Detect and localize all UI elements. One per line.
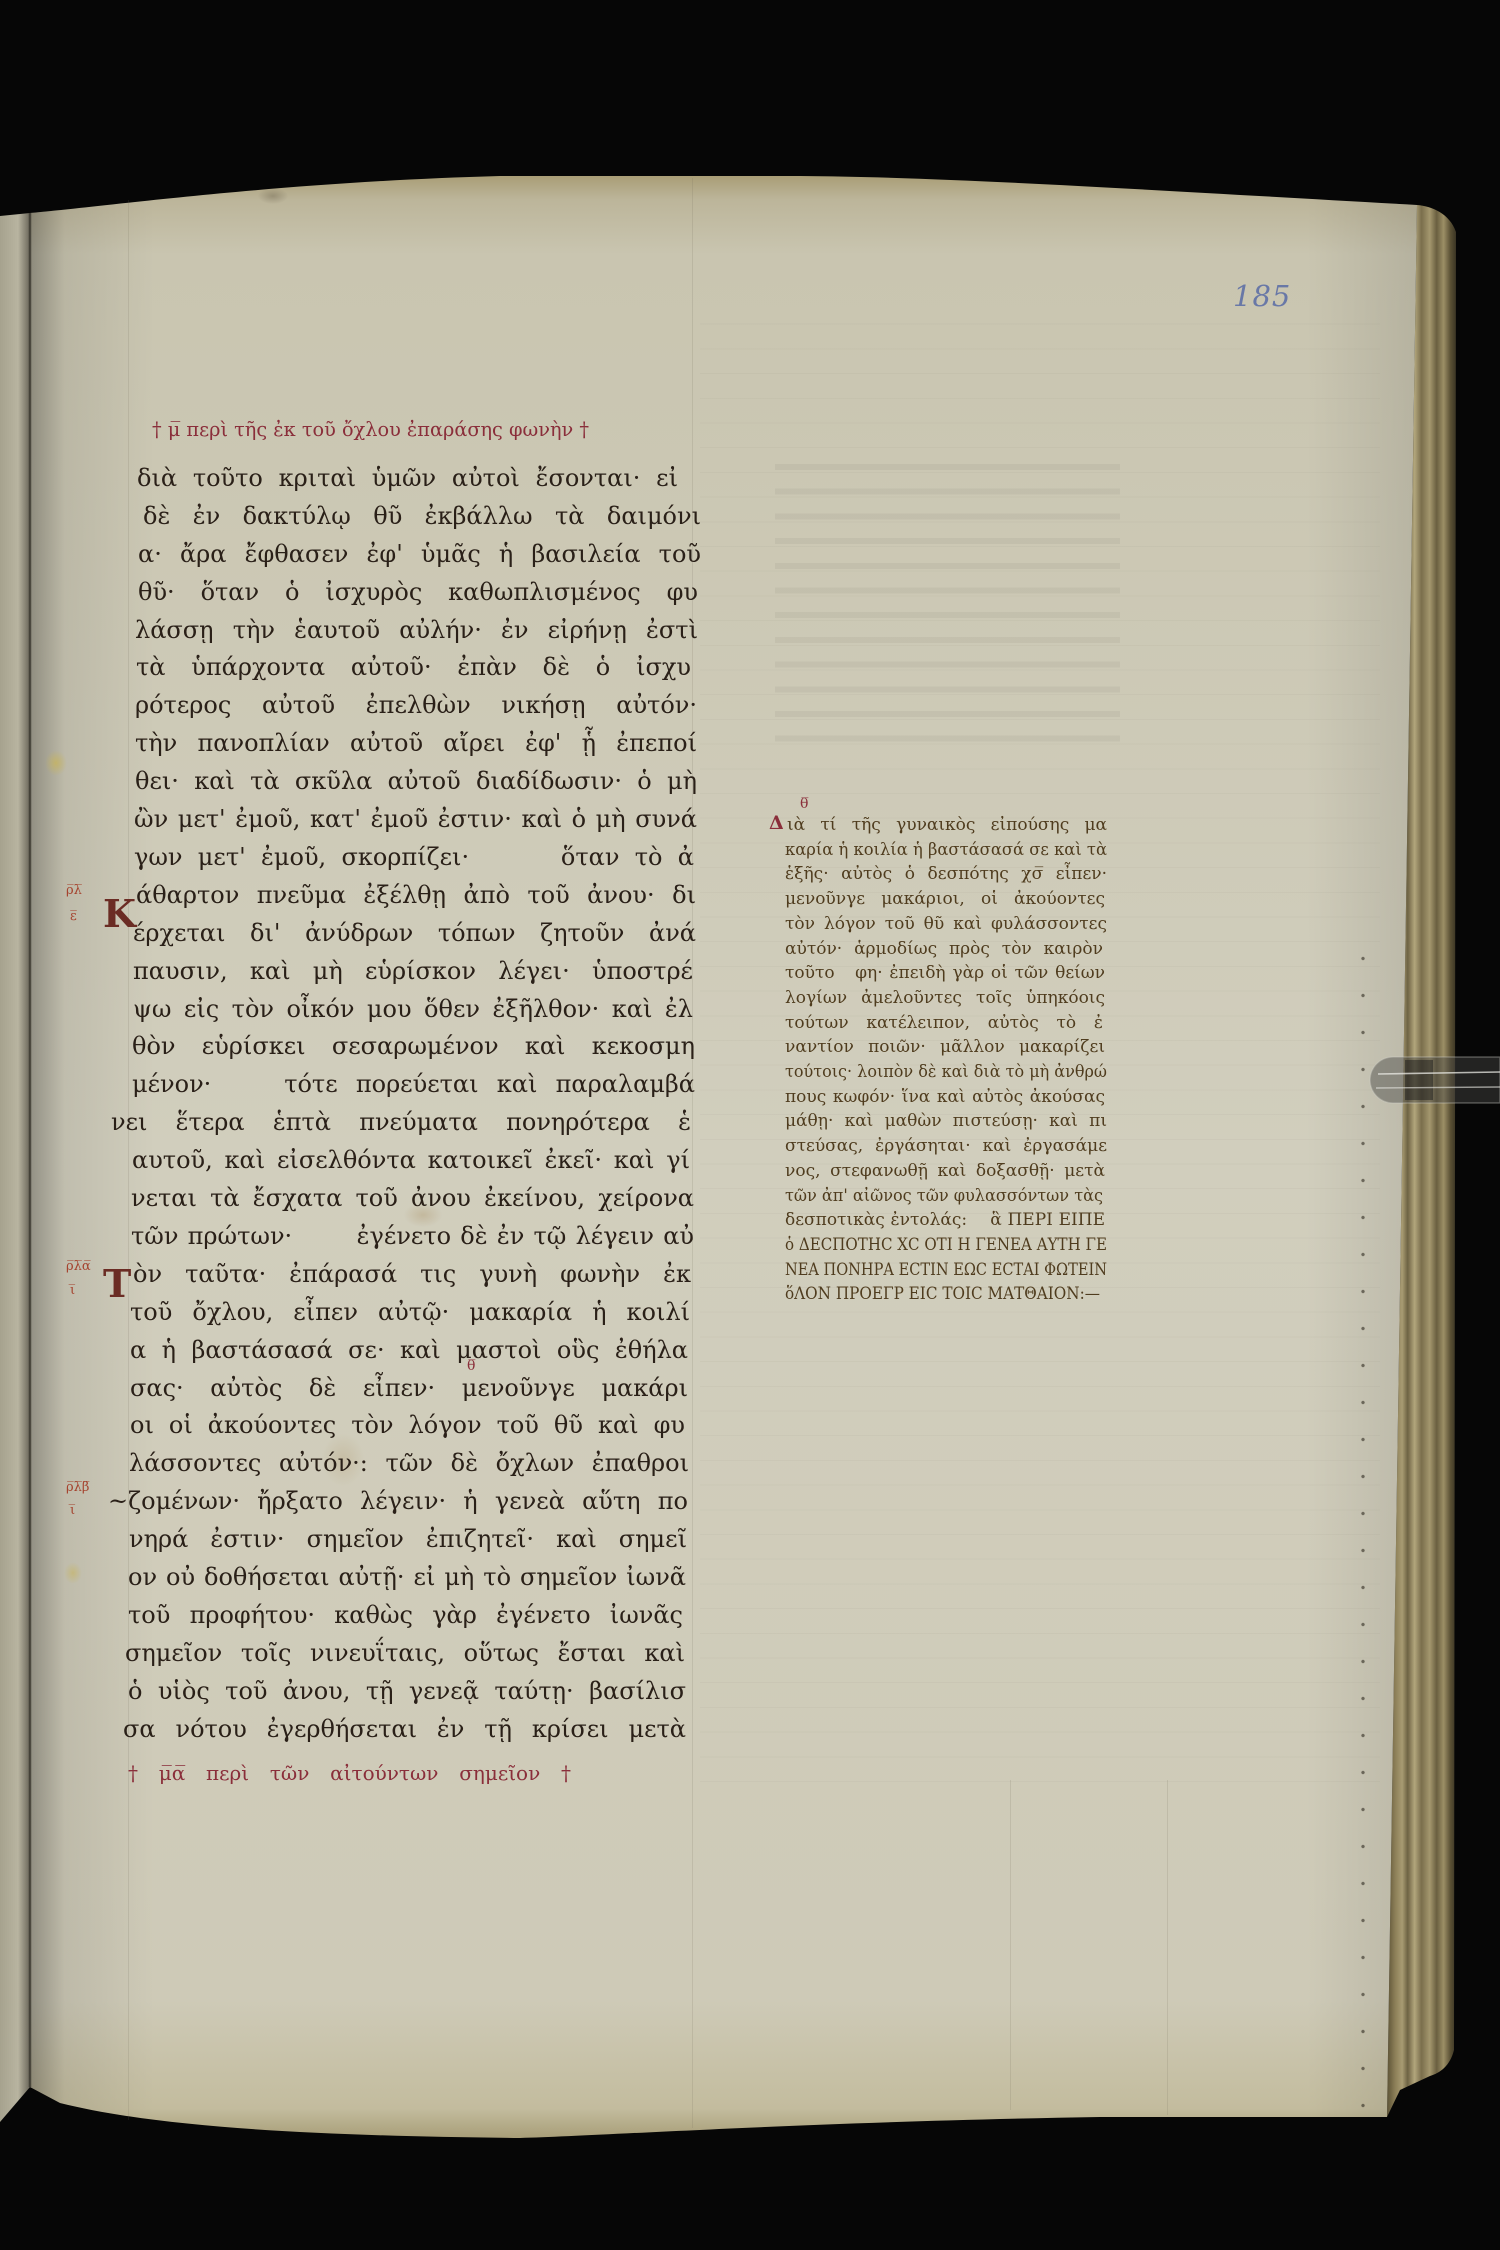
eusebian-canon-number: ε̅ — [70, 910, 77, 924]
initial-letter-tau: Τ — [103, 1265, 131, 1303]
commentary-line-text: ΝΕΑ ΠΟΝΗΡΑ ΕϹΤΙΝ ΕΩϹ ΕϹΤΑΙ ΦΩΤΕΙΝ — [785, 1259, 1107, 1281]
main-text-line-text: οι οἱ ἀκούοντες τὸν λόγον τοῦ θῦ καὶ φυ — [130, 1410, 685, 1440]
commentary-line: ΝΕΑ ΠΟΝΗΡΑ ΕϹΤΙΝ ΕΩϹ ΕϹΤΑΙ ΦΩΤΕΙΝ — [785, 1259, 1107, 1281]
commentary-line: ναντίον ποιῶν· μᾶλλον μακαρίζει — [785, 1036, 1105, 1058]
commentary-line: ἑξῆς· αὐτὸς ὁ δεσπότης χσ̅ εἶπεν· — [785, 863, 1107, 885]
main-text-line-text: αυτοῦ, καὶ εἰσελθόντα κατοικεῖ ἐκεῖ· καὶ… — [132, 1145, 690, 1175]
main-text-line: αυτοῦ, καὶ εἰσελθόντα κατοικεῖ ἐκεῖ· καὶ… — [132, 1145, 690, 1175]
main-text-line-text: λάσσῃ τὴν ἑαυτοῦ αὐλήν· ἐν εἰρήνῃ ἐστὶ — [135, 615, 698, 645]
main-text-line: ~ζομένων· ἤρξατο λέγειν· ἡ γενεὰ αὕτη πο — [108, 1486, 688, 1516]
main-text-line-text: ὢν μετ' ἐμοῦ, κατ' ἐμοῦ ἐστιν· καὶ ὁ μὴ … — [134, 804, 697, 834]
commentary-line: καρία ἡ κοιλία ἡ βαστάσασά σε καὶ τὰ — [785, 839, 1107, 861]
ruling-line — [128, 200, 129, 2120]
commentary-line: ὅΛΟΝ ΠΡΟΕΓΡ ΕΙϹ ΤΟΙϹ ΜΑΤΘΑΙΟΝ:— — [785, 1283, 1100, 1305]
commentary-line-text: ναντίον ποιῶν· μᾶλλον μακαρίζει — [785, 1036, 1105, 1058]
commentary-line-text: ιὰ τί τῆς γυναικὸς εἰπούσης μα — [787, 814, 1107, 836]
commentary-line: αὐτόν· ἁρμοδίως πρὸς τὸν καιρὸν — [785, 938, 1103, 960]
main-text-line-text: δὲ ἐν δακτύλῳ θῦ ἐκβάλλω τὰ δαιμόνι — [143, 501, 701, 531]
commentary-line-text: τούτων κατέλειπον, αὐτὸς τὸ ἐ — [785, 1012, 1103, 1034]
commentary-line: πους κωφόν· ἵνα καὶ αὐτὸς ἀκούσας — [785, 1086, 1105, 1108]
main-text-line: θει· καὶ τὰ σκῦλα αὐτοῦ διαδίδωσιν· ὁ μὴ — [135, 766, 697, 796]
main-text-line: ρότερος αὐτοῦ ἐπελθὼν νικήσῃ αὐτόν· — [135, 690, 697, 720]
main-text-line: α· ἄρα ἔφθασεν ἐφ' ὑμᾶς ἡ βασιλεία τοῦ — [138, 539, 701, 569]
main-text-line-text: νεται τὰ ἔσχατα τοῦ ἀνου ἐκείνου, χείρον… — [131, 1183, 694, 1213]
commentary-line-text: ὁ ΔΕϹΠΟΤΗϹ ΧϹ ΟΤΙ Η ΓΕΝΕΑ ΑΥΤΗ ΓΕ — [785, 1234, 1107, 1256]
chapter-title-bottom-text: † μ̅α̅ περὶ τῶν αἰτούντων σημεῖον † — [128, 1759, 571, 1787]
main-text-line: οι οἱ ἀκούοντες τὸν λόγον τοῦ θῦ καὶ φυ — [130, 1410, 685, 1440]
main-text-line: άθαρτον πνεῦμα ἐξέλθῃ ἀπὸ τοῦ ἀνου· δι — [136, 880, 696, 910]
main-text-line: τὴν πανοπλίαν αὐτοῦ αἴρει ἐφ' ᾗ ἐπεποί — [135, 728, 697, 758]
main-text-line-text: λάσσοντες αὐτόν·: τῶν δὲ ὄχλων ἐπαθροι — [129, 1448, 689, 1478]
main-text-line: τοῦ ὄχλου, εἶπεν αὐτῷ· μακαρία ἡ κοιλί — [130, 1297, 690, 1327]
main-text-line-text: ρότερος αὐτοῦ ἐπελθὼν νικήσῃ αὐτόν· — [135, 690, 697, 720]
main-text-line: δὲ ἐν δακτύλῳ θῦ ἐκβάλλω τὰ δαιμόνι — [143, 501, 701, 531]
main-text-line-text: ὸν ταῦτα· ἐπάρασά τις γυνὴ φωνὴν ἐκ — [133, 1259, 691, 1289]
main-text-line-text: θὸν εὑρίσκει σεσαρωμένον καὶ κεκοσμη — [132, 1031, 695, 1061]
main-text-line-text: ὁ υἱὸς τοῦ ἀνου, τῇ γενεᾷ ταύτῃ· βασίλισ — [128, 1676, 686, 1706]
commentary-line: ὁ ΔΕϹΠΟΤΗϹ ΧϹ ΟΤΙ Η ΓΕΝΕΑ ΑΥΤΗ ΓΕ — [785, 1234, 1107, 1256]
main-text-line: α ἡ βαστάσασά σε· καὶ μαστοὶ οὓς ἐθήλα — [130, 1335, 688, 1365]
main-text-line-text: θει· καὶ τὰ σκῦλα αὐτοῦ διαδίδωσιν· ὁ μὴ — [135, 766, 697, 796]
main-text-line: γων μετ' ἐμοῦ, σκορπίζει· ὅταν τὸ ἀ — [134, 842, 694, 872]
main-text-line: μένον· τότε πορεύεται καὶ παραλαμβά — [132, 1069, 695, 1099]
eusebian-section-number: ρ̅λ̅β̅ — [66, 1481, 89, 1495]
main-text-line: λάσσῃ τὴν ἑαυτοῦ αὐλήν· ἐν εἰρήνῃ ἐστὶ — [135, 615, 698, 645]
main-text-line-text: άθαρτον πνεῦμα ἐξέλθῃ ἀπὸ τοῦ ἀνου· δι — [136, 880, 696, 910]
commentary-line: δεσποτικὰς ἐντολάς: ἃ ΠΕΡΙ ΕΙΠΕ — [785, 1209, 1105, 1231]
chapter-title-top-text: † μ̅ περὶ τῆς ἐκ τοῦ ὄχλου ἐπαράσης φωνὴ… — [152, 415, 589, 443]
commentary-line-text: πους κωφόν· ἵνα καὶ αὐτὸς ἀκούσας — [785, 1086, 1105, 1108]
stain — [258, 188, 288, 204]
commentary-line-text: τὸν λόγον τοῦ θῦ καὶ φυλάσσοντες — [785, 913, 1107, 935]
commentary-line: τῶν ἀπ' αἰῶνος τῶν φυλασσόντων τὰς — [785, 1185, 1103, 1207]
eusebian-canon-number: ι̅ — [70, 1504, 75, 1518]
show-through-text — [775, 455, 1120, 755]
eusebian-canon-number: ι̅ — [70, 1284, 75, 1298]
previous-page-edge — [0, 213, 30, 2122]
ruling-line — [692, 178, 693, 2128]
commentary-line-text: λογίων ἀμελοῦντες τοῖς ὑπηκόοις — [785, 987, 1105, 1009]
commentary-line-text: μενοῦνγε μακάριοι, οἱ ἀκούοντες — [785, 888, 1105, 910]
main-text-line-text: ον οὐ δοθήσεται αὐτῇ· εἰ μὴ τὸ σημεῖον ἰ… — [128, 1562, 686, 1592]
main-text-line: ον οὐ δοθήσεται αὐτῇ· εἰ μὴ τὸ σημεῖον ἰ… — [128, 1562, 686, 1592]
main-text-line: ψω εἰς τὸν οἶκόν μου ὅθεν ἐξῆλθον· καὶ ἐ… — [133, 994, 693, 1024]
main-text-line: παυσιν, καὶ μὴ εὑρίσκον λέγει· ὑποστρέ — [133, 956, 693, 986]
commentary-line: λογίων ἀμελοῦντες τοῖς ὑπηκόοις — [785, 987, 1105, 1009]
commentary-line: τοῦτο φη· ἐπειδὴ γὰρ οἱ τῶν θείων — [785, 962, 1105, 984]
ruling-line — [1010, 1780, 1011, 2110]
initial-letter-kappa: Κ — [103, 895, 136, 933]
main-text-line-text: α ἡ βαστάσασά σε· καὶ μαστοὶ οὓς ἐθήλα — [130, 1335, 688, 1365]
main-text-line-text: τοῦ προφήτου· καθὼς γὰρ ἐγένετο ἰωνᾶς — [128, 1600, 683, 1630]
commentary-line-text: νος, στεφανωθῇ καὶ δοξασθῇ· μετὰ — [785, 1160, 1105, 1182]
main-text-line: τοῦ προφήτου· καθὼς γὰρ ἐγένετο ἰωνᾶς — [128, 1600, 683, 1630]
commentary-line-text: ἑξῆς· αὐτὸς ὁ δεσπότης χσ̅ εἶπεν· — [785, 863, 1107, 885]
chapter-title-bottom: † μ̅α̅ περὶ τῶν αἰτούντων σημεῖον † — [128, 1759, 571, 1787]
commentary-line: μενοῦνγε μακάριοι, οἱ ἀκούοντες — [785, 888, 1105, 910]
main-text-line-text: σας· αὐτὸς δὲ εἶπεν· μενοῦνγε μακάρι — [130, 1373, 688, 1403]
manuscript-photograph: 185 † μ̅ περὶ τῆς ἐκ τοῦ ὄχλου ἐπαράσης … — [0, 0, 1500, 2250]
main-text-line-text: τῶν πρώτων· ἐγένετο δὲ ἐν τῷ λέγειν αὐ — [131, 1221, 694, 1251]
main-text-line-text: μένον· τότε πορεύεται καὶ παραλαμβά — [132, 1069, 695, 1099]
main-text-line: σημεῖον τοῖς νινευΐταις, οὕτως ἔσται καὶ — [125, 1638, 685, 1668]
main-text-line: νει ἕτερα ἑπτὰ πνεύματα πονηρότερα ἑ — [111, 1107, 691, 1137]
main-text-line: σα νότου ἐγερθήσεται ἐν τῇ κρίσει μετὰ — [123, 1714, 686, 1744]
main-text-line-text: τὰ ὑπάρχοντα αὐτοῦ· ἐπὰν δὲ ὁ ἰσχυ — [136, 652, 691, 682]
commentary-line-text: δεσποτικὰς ἐντολάς: ἃ ΠΕΡΙ ΕΙΠΕ — [785, 1209, 1105, 1231]
main-text-line-text: διὰ τοῦτο κριταὶ ὑμῶν αὐτοὶ ἔσονται· εἰ — [137, 463, 678, 493]
main-text-line-text: θῦ· ὅταν ὁ ἰσχυρὸς καθωπλισμένος φυ — [138, 577, 698, 607]
main-text-line-text: σημεῖον τοῖς νινευΐταις, οὕτως ἔσται καὶ — [125, 1638, 685, 1668]
main-text-line: ὁ υἱὸς τοῦ ἀνου, τῇ γενεᾷ ταύτῃ· βασίλισ — [128, 1676, 686, 1706]
main-text-line: διὰ τοῦτο κριταὶ ὑμῶν αὐτοὶ ἔσονται· εἰ — [137, 463, 678, 493]
main-text-line: έρχεται δι' ἀνύδρων τόπων ζητοῦν ἀνά — [133, 918, 696, 948]
folio-number: 185 — [1233, 281, 1291, 311]
commentary-line: τὸν λόγον τοῦ θῦ καὶ φυλάσσοντες — [785, 913, 1107, 935]
main-text-line: ὢν μετ' ἐμοῦ, κατ' ἐμοῦ ἐστιν· καὶ ὁ μὴ … — [134, 804, 697, 834]
stain — [45, 750, 67, 776]
commentary-initial: Δ — [769, 812, 784, 834]
main-text-line: τὰ ὑπάρχοντα αὐτοῦ· ἐπὰν δὲ ὁ ἰσχυ — [136, 652, 691, 682]
commentary-reference-marker: θ̅ — [467, 1359, 475, 1373]
commentary-line-text: τούτοις· λοιπὸν δὲ καὶ διὰ τὸ μὴ ἀνθρώ — [785, 1061, 1107, 1083]
main-text-line-text: τὴν πανοπλίαν αὐτοῦ αἴρει ἐφ' ᾗ ἐπεποί — [135, 728, 697, 758]
ruling-line — [1167, 1780, 1168, 2115]
main-text-line-text: γων μετ' ἐμοῦ, σκορπίζει· ὅταν τὸ ἀ — [134, 842, 694, 872]
main-text-line-text: ~ζομένων· ἤρξατο λέγειν· ἡ γενεὰ αὕτη πο — [108, 1486, 688, 1516]
chapter-title-top: † μ̅ περὶ τῆς ἐκ τοῦ ὄχλου ἐπαράσης φωνὴ… — [152, 415, 589, 443]
eusebian-section-number: ρ̅λ̅α̅ — [66, 1260, 91, 1274]
main-text-line-text: α· ἄρα ἔφθασεν ἐφ' ὑμᾶς ἡ βασιλεία τοῦ — [138, 539, 701, 569]
eusebian-section-number: ρ̅λ̅ — [66, 884, 82, 898]
commentary-line-text: μάθῃ· καὶ μαθὼν πιστεύσῃ· καὶ πι — [785, 1110, 1107, 1132]
commentary-line-text: τοῦτο φη· ἐπειδὴ γὰρ οἱ τῶν θείων — [785, 962, 1105, 984]
page-holder-rod — [1370, 1057, 1500, 1103]
main-text-line-text: ψω εἰς τὸν οἶκόν μου ὅθεν ἐξῆλθον· καὶ ἐ… — [133, 994, 693, 1024]
main-text-line-text: σα νότου ἐγερθήσεται ἐν τῇ κρίσει μετὰ — [123, 1714, 686, 1744]
commentary-line-text: αὐτόν· ἁρμοδίως πρὸς τὸν καιρὸν — [785, 938, 1103, 960]
main-text-line-text: νει ἕτερα ἑπτὰ πνεύματα πονηρότερα ἑ — [111, 1107, 691, 1137]
main-text-line: σας· αὐτὸς δὲ εἶπεν· μενοῦνγε μακάρι — [130, 1373, 688, 1403]
commentary-line: στεύσας, ἐργάσηται· καὶ ἐργασάμε — [785, 1135, 1107, 1157]
commentary-line-text: στεύσας, ἐργάσηται· καὶ ἐργασάμε — [785, 1135, 1107, 1157]
commentary-line-text: τῶν ἀπ' αἰῶνος τῶν φυλασσόντων τὰς — [785, 1185, 1103, 1207]
commentary-line: ιὰ τί τῆς γυναικὸς εἰπούσης μα — [787, 814, 1107, 836]
stain — [64, 1562, 82, 1584]
commentary-line: μάθῃ· καὶ μαθὼν πιστεύσῃ· καὶ πι — [785, 1110, 1107, 1132]
main-text-line: νεται τὰ ἔσχατα τοῦ ἀνου ἐκείνου, χείρον… — [131, 1183, 694, 1213]
pricking-marks — [1360, 940, 1366, 2120]
main-text-line-text: τοῦ ὄχλου, εἶπεν αὐτῷ· μακαρία ἡ κοιλί — [130, 1297, 690, 1327]
main-text-line: λάσσοντες αὐτόν·: τῶν δὲ ὄχλων ἐπαθροι — [129, 1448, 689, 1478]
main-text-line-text: έρχεται δι' ἀνύδρων τόπων ζητοῦν ἀνά — [133, 918, 696, 948]
commentary-line-text: ὅΛΟΝ ΠΡΟΕΓΡ ΕΙϹ ΤΟΙϹ ΜΑΤΘΑΙΟΝ:— — [785, 1283, 1100, 1305]
main-text-line-text: παυσιν, καὶ μὴ εὑρίσκον λέγει· ὑποστρέ — [133, 956, 693, 986]
main-text-line: τῶν πρώτων· ἐγένετο δὲ ἐν τῷ λέγειν αὐ — [131, 1221, 694, 1251]
commentary-marker: θ̅ — [800, 797, 808, 811]
commentary-line: τούτων κατέλειπον, αὐτὸς τὸ ἐ — [785, 1012, 1103, 1034]
main-text-line: νηρά ἐστιν· σημεῖον ἐπιζητεῖ· καὶ σημεῖ — [129, 1524, 687, 1554]
commentary-line-text: καρία ἡ κοιλία ἡ βαστάσασά σε καὶ τὰ — [785, 839, 1107, 861]
commentary-line: τούτοις· λοιπὸν δὲ καὶ διὰ τὸ μὴ ἀνθρώ — [785, 1061, 1107, 1083]
main-text-line: θὸν εὑρίσκει σεσαρωμένον καὶ κεκοσμη — [132, 1031, 695, 1061]
commentary-line: νος, στεφανωθῇ καὶ δοξασθῇ· μετὰ — [785, 1160, 1105, 1182]
main-text-line: θῦ· ὅταν ὁ ἰσχυρὸς καθωπλισμένος φυ — [138, 577, 698, 607]
main-text-line-text: νηρά ἐστιν· σημεῖον ἐπιζητεῖ· καὶ σημεῖ — [129, 1524, 687, 1554]
main-text-line: ὸν ταῦτα· ἐπάρασά τις γυνὴ φωνὴν ἐκ — [133, 1259, 691, 1289]
